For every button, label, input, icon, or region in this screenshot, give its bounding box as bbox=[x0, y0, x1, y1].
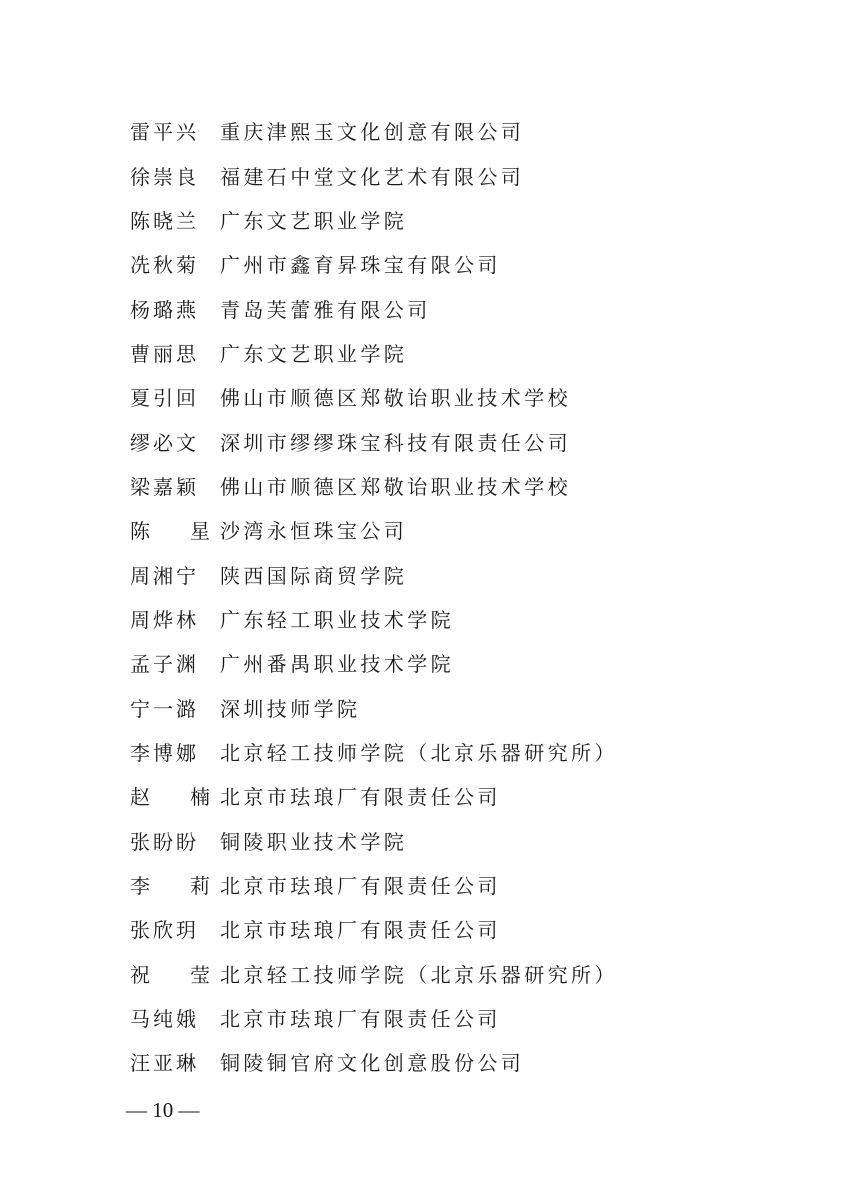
name-char: 陈 bbox=[130, 516, 153, 546]
list-item: 雷平兴 重庆津熙玉文化创意有限公司 bbox=[130, 110, 770, 154]
person-name: 赵 楠 bbox=[130, 782, 213, 812]
document-page: 雷平兴 重庆津熙玉文化创意有限公司 徐崇良 福建石中堂文化艺术有限公司 陈晓兰 … bbox=[0, 0, 848, 1200]
person-name: 李博娜 bbox=[130, 738, 220, 768]
list-item: 梁嘉颖 佛山市顺德区郑敬诒职业技术学校 bbox=[130, 465, 770, 509]
organization-name: 青岛芙蕾雅有限公司 bbox=[220, 295, 431, 325]
list-item: 马纯娥 北京市珐琅厂有限责任公司 bbox=[130, 997, 770, 1041]
organization-name: 北京轻工技师学院（北京乐器研究所） bbox=[220, 960, 618, 990]
name-char: 莹 bbox=[190, 960, 213, 990]
person-name: 汪亚琳 bbox=[130, 1048, 220, 1078]
person-name: 夏引回 bbox=[130, 383, 220, 413]
name-char: 李 bbox=[130, 871, 153, 901]
organization-name: 广州番禺职业技术学院 bbox=[220, 649, 454, 679]
person-name: 宁一潞 bbox=[130, 694, 220, 724]
list-item: 徐崇良 福建石中堂文化艺术有限公司 bbox=[130, 154, 770, 198]
list-item: 宁一潞 深圳技师学院 bbox=[130, 686, 770, 730]
organization-name: 铜陵职业技术学院 bbox=[220, 827, 407, 857]
organization-name: 北京市珐琅厂有限责任公司 bbox=[220, 871, 501, 901]
organization-name: 陕西国际商贸学院 bbox=[220, 561, 407, 591]
person-name: 陈晓兰 bbox=[130, 206, 220, 236]
person-name: 雷平兴 bbox=[130, 117, 220, 147]
list-item: 汪亚琳 铜陵铜官府文化创意股份公司 bbox=[130, 1041, 770, 1085]
name-char: 莉 bbox=[190, 871, 213, 901]
list-item: 陈晓兰 广东文艺职业学院 bbox=[130, 199, 770, 243]
person-name: 李 莉 bbox=[130, 871, 213, 901]
person-name: 缪必文 bbox=[130, 428, 220, 458]
person-name: 祝 莹 bbox=[130, 960, 213, 990]
organization-name: 北京市珐琅厂有限责任公司 bbox=[220, 782, 501, 812]
organization-name: 深圳技师学院 bbox=[220, 694, 360, 724]
organization-name: 佛山市顺德区郑敬诒职业技术学校 bbox=[220, 383, 571, 413]
person-name: 冼秋菊 bbox=[130, 250, 220, 280]
list-item: 张欣玥 北京市珐琅厂有限责任公司 bbox=[130, 908, 770, 952]
organization-name: 北京轻工技师学院（北京乐器研究所） bbox=[220, 738, 618, 768]
list-item: 张盼盼 铜陵职业技术学院 bbox=[130, 820, 770, 864]
list-item: 孟子渊 广州番禺职业技术学院 bbox=[130, 642, 770, 686]
name-char: 赵 bbox=[130, 782, 153, 812]
organization-name: 北京市珐琅厂有限责任公司 bbox=[220, 1004, 501, 1034]
list-item: 李博娜 北京轻工技师学院（北京乐器研究所） bbox=[130, 731, 770, 775]
name-list: 雷平兴 重庆津熙玉文化创意有限公司 徐崇良 福建石中堂文化艺术有限公司 陈晓兰 … bbox=[130, 110, 770, 1086]
person-name: 张欣玥 bbox=[130, 915, 220, 945]
list-item: 杨璐燕 青岛芙蕾雅有限公司 bbox=[130, 287, 770, 331]
list-item: 陈 星 沙湾永恒珠宝公司 bbox=[130, 509, 770, 553]
organization-name: 福建石中堂文化艺术有限公司 bbox=[220, 162, 524, 192]
list-item: 祝 莹 北京轻工技师学院（北京乐器研究所） bbox=[130, 953, 770, 997]
person-name: 杨璐燕 bbox=[130, 295, 220, 325]
organization-name: 沙湾永恒珠宝公司 bbox=[220, 516, 407, 546]
organization-name: 佛山市顺德区郑敬诒职业技术学校 bbox=[220, 472, 571, 502]
organization-name: 铜陵铜官府文化创意股份公司 bbox=[220, 1048, 524, 1078]
list-item: 夏引回 佛山市顺德区郑敬诒职业技术学校 bbox=[130, 376, 770, 420]
person-name: 周烨林 bbox=[130, 605, 220, 635]
organization-name: 广东文艺职业学院 bbox=[220, 339, 407, 369]
organization-name: 重庆津熙玉文化创意有限公司 bbox=[220, 117, 524, 147]
person-name: 梁嘉颖 bbox=[130, 472, 220, 502]
person-name: 孟子渊 bbox=[130, 649, 220, 679]
list-item: 周湘宁 陕西国际商贸学院 bbox=[130, 553, 770, 597]
organization-name: 广东文艺职业学院 bbox=[220, 206, 407, 236]
person-name: 曹丽思 bbox=[130, 339, 220, 369]
name-char: 祝 bbox=[130, 960, 153, 990]
organization-name: 北京市珐琅厂有限责任公司 bbox=[220, 915, 501, 945]
list-item: 李 莉 北京市珐琅厂有限责任公司 bbox=[130, 864, 770, 908]
organization-name: 深圳市缪缪珠宝科技有限责任公司 bbox=[220, 428, 571, 458]
list-item: 缪必文 深圳市缪缪珠宝科技有限责任公司 bbox=[130, 420, 770, 464]
person-name: 陈 星 bbox=[130, 516, 213, 546]
person-name: 周湘宁 bbox=[130, 561, 220, 591]
organization-name: 广州市鑫育昇珠宝有限公司 bbox=[220, 250, 501, 280]
list-item: 冼秋菊 广州市鑫育昇珠宝有限公司 bbox=[130, 243, 770, 287]
person-name: 徐崇良 bbox=[130, 162, 220, 192]
person-name: 马纯娥 bbox=[130, 1004, 220, 1034]
list-item: 周烨林 广东轻工职业技术学院 bbox=[130, 598, 770, 642]
list-item: 赵 楠 北京市珐琅厂有限责任公司 bbox=[130, 775, 770, 819]
person-name: 张盼盼 bbox=[130, 827, 220, 857]
list-item: 曹丽思 广东文艺职业学院 bbox=[130, 332, 770, 376]
page-number: — 10 — bbox=[126, 1098, 200, 1123]
organization-name: 广东轻工职业技术学院 bbox=[220, 605, 454, 635]
name-char: 星 bbox=[190, 516, 213, 546]
name-char: 楠 bbox=[190, 782, 213, 812]
